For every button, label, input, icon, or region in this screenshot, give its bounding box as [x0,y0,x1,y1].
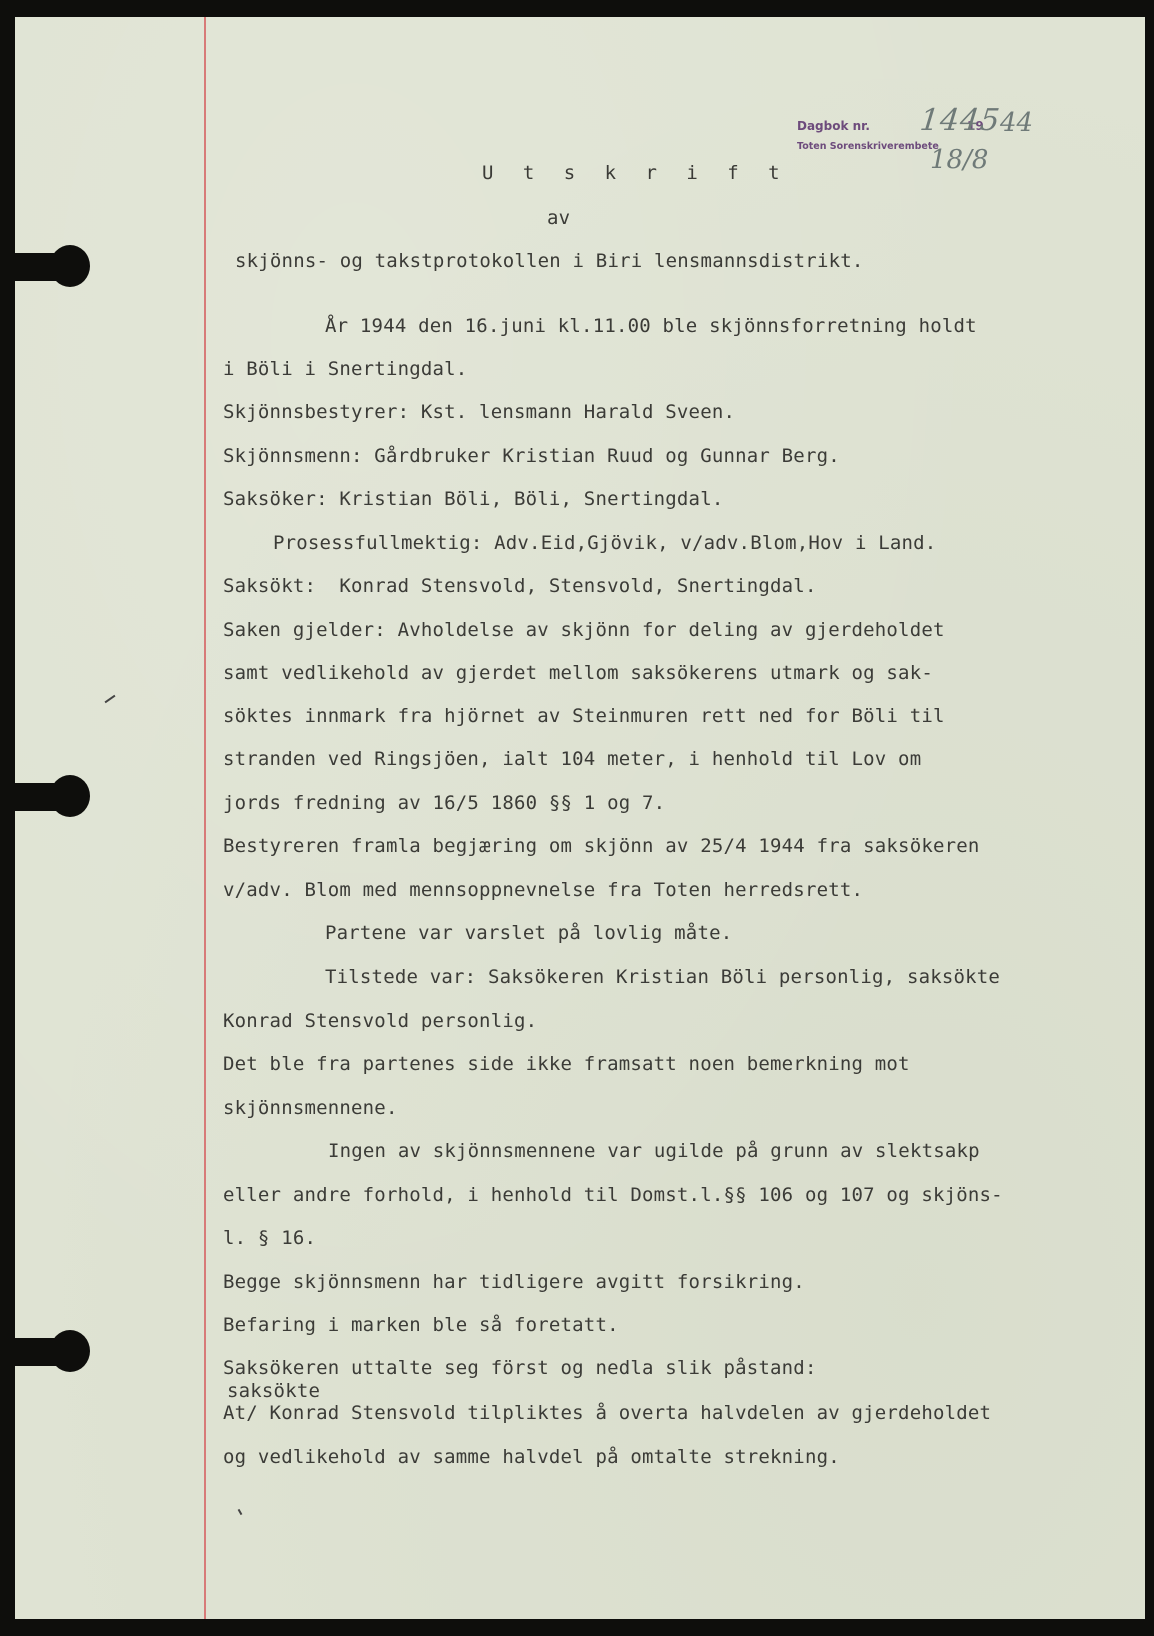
stamp-office: Toten Sorenskriverembete [797,141,939,152]
body-line: Saksökeren uttalte seg först og nedla sl… [223,1357,817,1379]
pencil-mark [105,695,116,704]
pencil-mark [238,1509,243,1515]
body-line: Prosessfullmektig: Adv.Eid,Gjövik, v/adv… [273,532,936,554]
body-line: jords fredning av 16/5 1860 §§ 1 og 7. [223,792,665,814]
body-line: samt vedlikehold av gjerdet mellom saksö… [223,662,933,684]
body-line: skjönnsmennene. [223,1097,398,1119]
document-subtitle: skjönns- og takstprotokollen i Biri lens… [235,250,864,272]
handwritten-year: 44 [1000,108,1033,138]
body-line: Ingen av skjönnsmennene var ugilde på gr… [328,1140,980,1162]
document-title: U t s k r i f t [482,162,789,184]
body-line: Skjönnsmenn: Gårdbruker Kristian Ruud og… [223,445,840,467]
body-line: stranden ved Ringsjöen, ialt 104 meter, … [223,748,921,770]
body-line: l. § 16. [223,1227,316,1249]
body-line: År 1944 den 16.juni kl.11.00 ble skjönns… [325,315,977,337]
body-line: v/adv. Blom med mennsoppnevnelse fra Tot… [223,879,863,901]
document-page: Dagbok nr. 19 Toten Sorenskriverembete 1… [15,17,1145,1619]
body-line: eller andre forhold, i henhold til Domst… [223,1184,1003,1206]
binding-hole-icon [0,1330,103,1374]
body-line: At/ Konrad Stensvold tilpliktes å overta… [223,1402,991,1424]
body-line: Bestyreren framla begjæring om skjönn av… [223,835,980,857]
body-line: Begge skjönnsmenn har tidligere avgitt f… [223,1271,805,1293]
red-margin-line [204,17,206,1619]
body-line: i Böli i Snertingdal. [223,358,467,380]
body-line: Partene var varslet på lovlig måte. [325,922,732,944]
body-line: söktes innmark fra hjörnet av Steinmuren… [223,705,945,727]
document-title-av: av [547,207,570,229]
body-line: Konrad Stensvold personlig. [223,1010,537,1032]
stamp-label: Dagbok nr. [797,119,870,133]
body-line: Befaring i marken ble så foretatt. [223,1314,619,1336]
body-line: Det ble fra partenes side ikke framsatt … [223,1053,910,1075]
body-line: Tilstede var: Saksökeren Kristian Böli p… [325,966,1000,988]
body-line-insertion: saksökte [227,1380,320,1402]
body-line: Saken gjelder: Avholdelse av skjönn for … [223,619,945,641]
handwritten-journal-number: 1445 [918,103,1002,138]
binding-hole-icon [0,245,103,289]
binding-hole-icon [0,775,103,819]
body-line: Saksökt: Konrad Stensvold, Stensvold, Sn… [223,575,817,597]
body-line: og vedlikehold av samme halvdel på omtal… [223,1446,840,1468]
body-line: Saksöker: Kristian Böli, Böli, Snertingd… [223,488,723,510]
handwritten-date: 18/8 [930,145,988,175]
body-line: Skjönnsbestyrer: Kst. lensmann Harald Sv… [223,401,735,423]
